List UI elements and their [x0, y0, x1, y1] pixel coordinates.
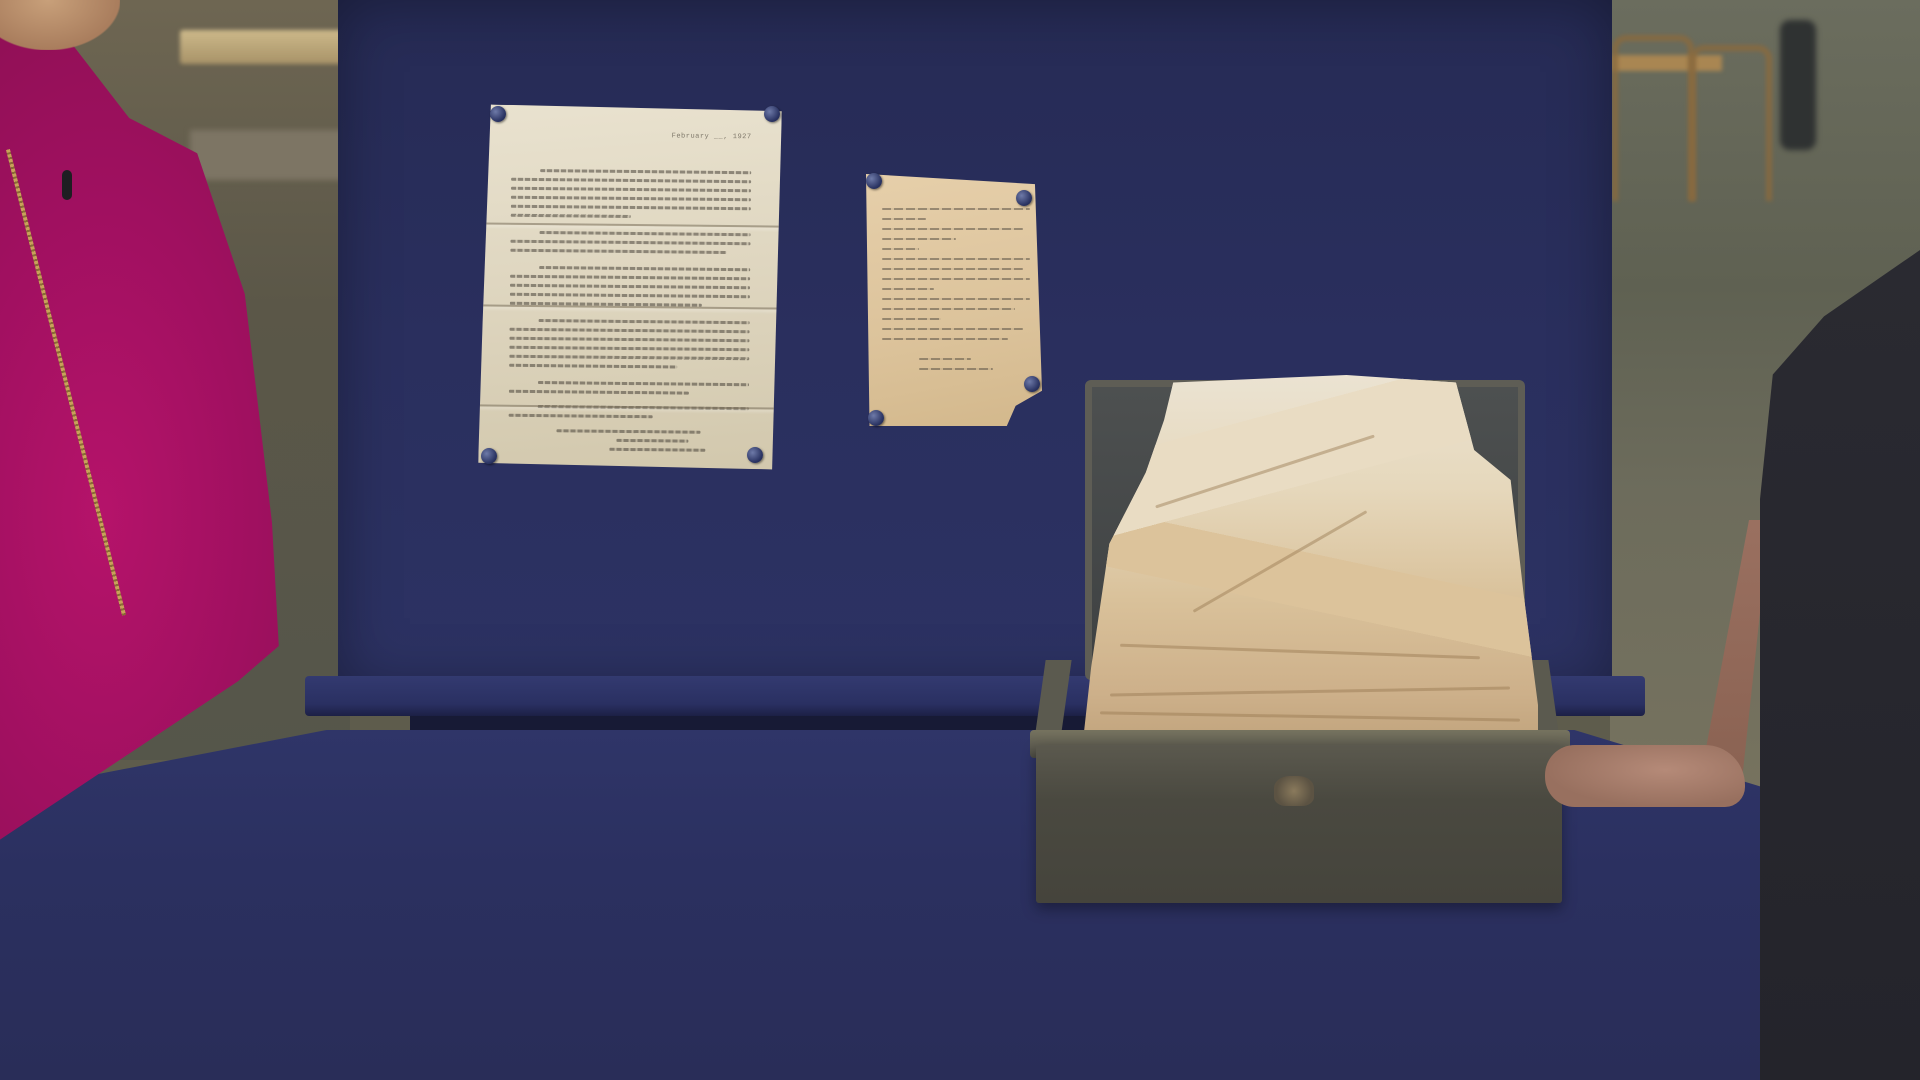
- push-pin: [490, 106, 506, 122]
- push-pin: [1024, 376, 1040, 392]
- push-pin: [747, 447, 763, 463]
- background-figure: [1780, 20, 1816, 150]
- background-shelf: [180, 30, 350, 64]
- push-pin: [764, 106, 780, 122]
- background-chair: [1690, 45, 1772, 201]
- tin-box-hasp: [1274, 776, 1314, 806]
- typed-letter: February __, 1927: [478, 104, 782, 469]
- photo-scene: February __, 1927: [0, 0, 1920, 1080]
- push-pin: [866, 173, 882, 189]
- push-pin: [1016, 190, 1032, 206]
- background-furniture: [190, 130, 350, 180]
- push-pin: [868, 410, 884, 426]
- push-pin: [481, 448, 497, 464]
- handwritten-note: [866, 174, 1042, 426]
- tin-box-body: [1036, 745, 1562, 903]
- background-chair: [1612, 35, 1694, 201]
- person-right-hand: [1545, 745, 1745, 807]
- person-left-neck: [0, 0, 120, 50]
- lapel-microphone-icon: [62, 170, 72, 200]
- person-right-dark-top: [1760, 250, 1920, 1080]
